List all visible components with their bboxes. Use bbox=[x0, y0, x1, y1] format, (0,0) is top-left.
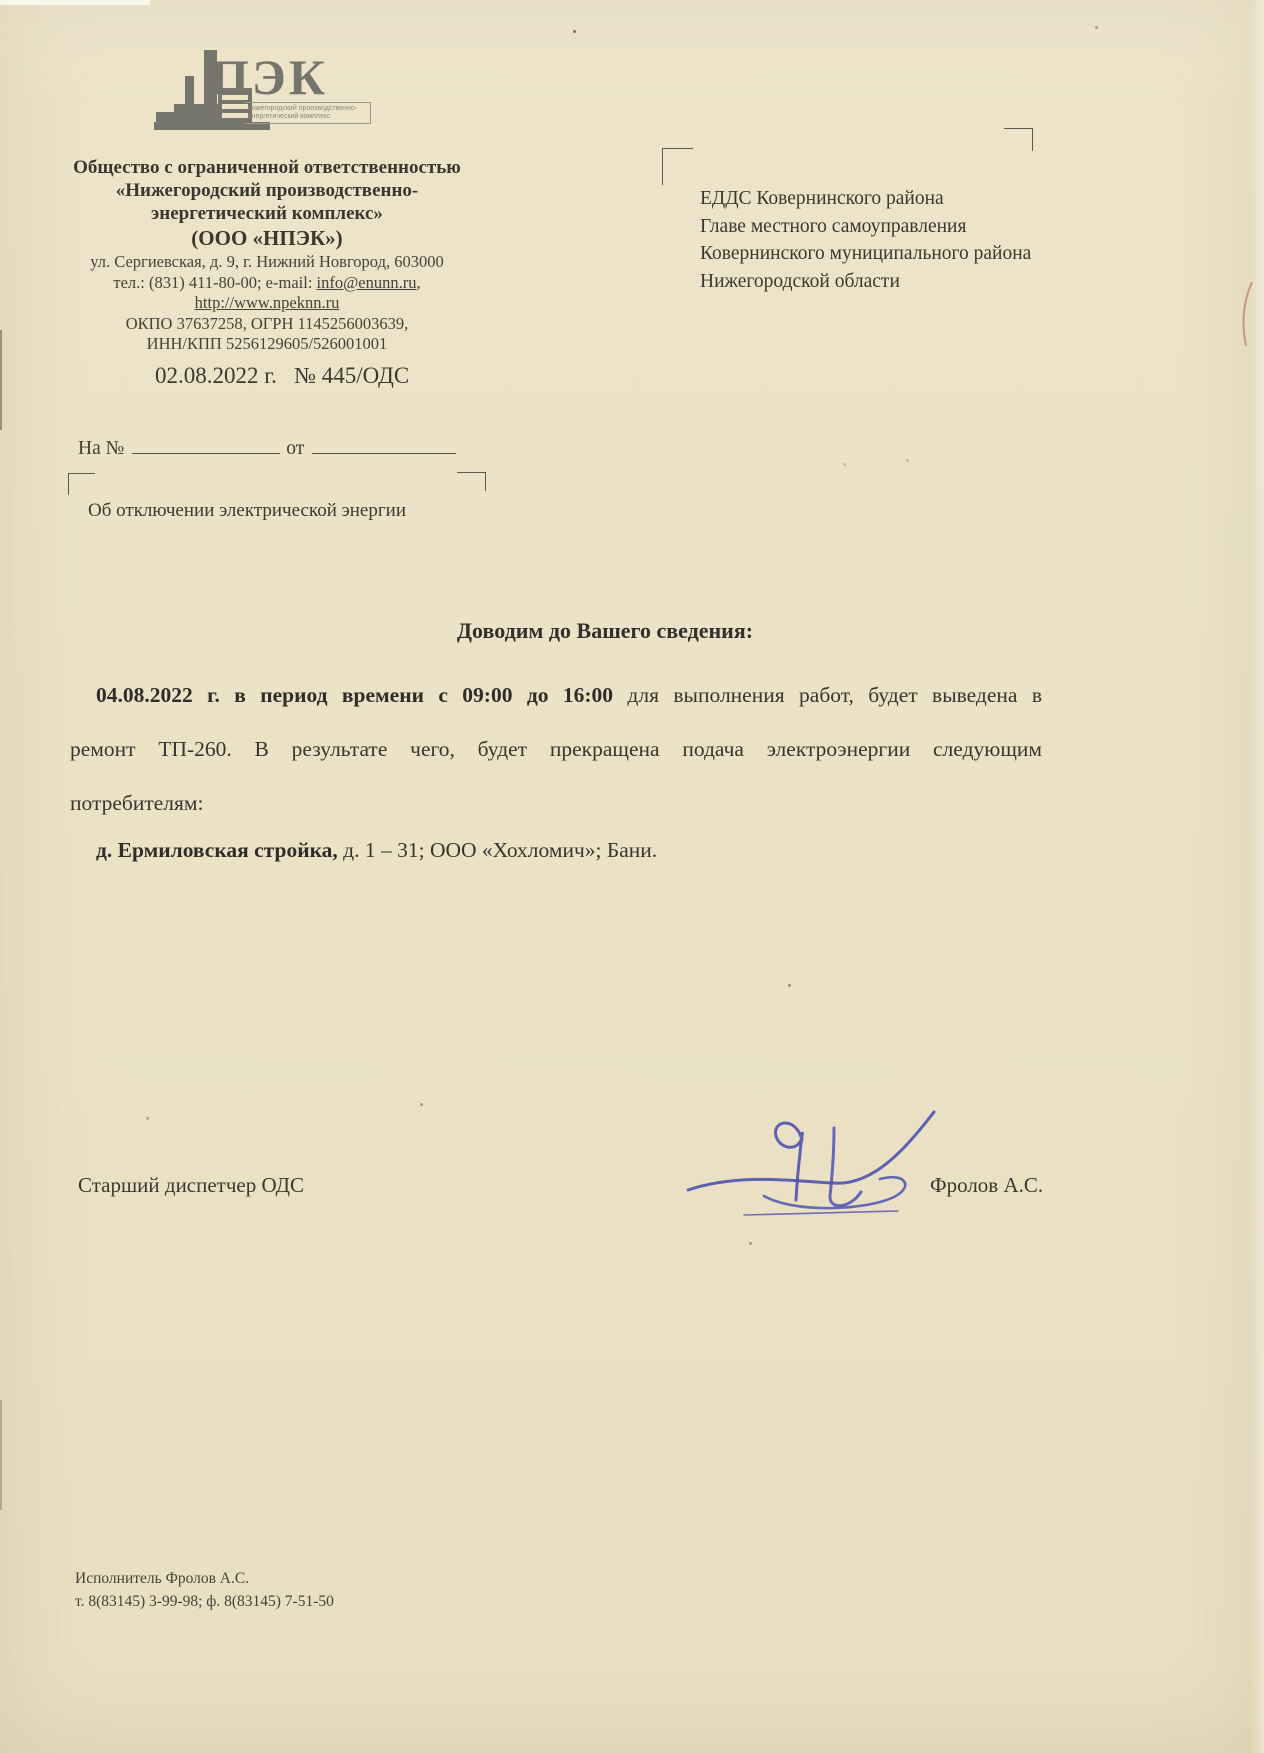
scan-top-sliver bbox=[0, 0, 150, 5]
org-address: ул. Сергиевская, д. 9, г. Нижний Новгоро… bbox=[52, 252, 482, 272]
signer-name: Фролов А.С. bbox=[930, 1173, 1043, 1198]
body-heading: Доводим до Вашего сведения: bbox=[0, 618, 1237, 644]
letterhead-block: ПЭК нижегородский производственно- энерг… bbox=[52, 50, 482, 354]
org-short-name: (ООО «НПЭК») bbox=[52, 226, 482, 251]
corner-mark-addressee-right bbox=[1004, 128, 1033, 151]
executor-phones: т. 8(83145) 3-99-98; ф. 8(83145) 7-51-50 bbox=[75, 1590, 334, 1613]
reply-prefix: На № bbox=[78, 438, 124, 459]
consumers-list: д. 1 – 31; ООО «Хохломич»; Бани. bbox=[338, 838, 657, 862]
paper-specks bbox=[0, 0, 3, 3]
after-email: , bbox=[417, 273, 421, 292]
corner-mark-subject-left bbox=[68, 473, 95, 495]
outgoing-date-number: 02.08.2022 г. № 445/ОДС bbox=[155, 363, 409, 389]
org-name-line3: энергетический комплекс» bbox=[52, 202, 482, 225]
red-pen-mark bbox=[1236, 280, 1258, 348]
executor-name: Исполнитель Фролов А.С. bbox=[75, 1567, 334, 1590]
logo-tagline: нижегородский производственно- энергетич… bbox=[244, 102, 371, 124]
org-inn-kpp: ИНН/КПП 5256129605/526001001 bbox=[52, 334, 482, 354]
consumers-line: д. Ермиловская стройка, д. 1 – 31; ООО «… bbox=[70, 835, 1042, 865]
executor-block: Исполнитель Фролов А.С. т. 8(83145) 3-99… bbox=[75, 1567, 334, 1613]
addressee-line4: Нижегородской области bbox=[700, 268, 1120, 296]
logo-tagline-line1: нижегородский производственно- bbox=[248, 105, 368, 113]
scanned-letter-page: ПЭК нижегородский производственно- энерг… bbox=[0, 0, 1264, 1753]
outage-datetime-text: 04.08.2022 г. в период времени с 09:00 д… bbox=[96, 683, 613, 707]
logo-tagline-line2: энергетический комплекс bbox=[248, 113, 368, 121]
npek-logo: ПЭК нижегородский производственно- энерг… bbox=[152, 50, 382, 142]
email-link-text: info@enunn.ru bbox=[317, 273, 417, 292]
signer-title: Старший диспетчер ОДС bbox=[78, 1173, 304, 1198]
scan-edge-shadow bbox=[0, 1400, 2, 1510]
corner-mark-subject-right bbox=[457, 472, 486, 491]
website-link-text: http://www.npeknn.ru bbox=[195, 293, 340, 312]
body-paragraph: 04.08.2022 г. в период времени с 09:00 д… bbox=[70, 668, 1042, 830]
subject-line: Об отключении электрической энергии bbox=[88, 500, 406, 522]
scan-edge-shadow bbox=[0, 330, 2, 430]
org-phone-email: тел.: (831) 411-80-00; e-mail: info@enun… bbox=[52, 273, 482, 293]
handwritten-signature bbox=[686, 1108, 936, 1218]
addressee-block: ЕДДС Ковернинского района Главе местного… bbox=[700, 185, 1120, 295]
reply-reference-line: На №от bbox=[78, 437, 456, 460]
reply-number-blank bbox=[132, 437, 280, 454]
org-name-line2: «Нижегородский производственно- bbox=[52, 179, 482, 202]
phone-text: тел.: (831) 411-80-00; e-mail: bbox=[113, 273, 316, 292]
addressee-line1: ЕДДС Ковернинского района bbox=[700, 185, 1120, 213]
addressee-line3: Ковернинского муниципального района bbox=[700, 240, 1120, 268]
org-name-line1: Общество с ограниченной ответственностью bbox=[52, 156, 482, 179]
scan-edge-highlight bbox=[1250, 0, 1264, 1753]
addressee-line2: Главе местного самоуправления bbox=[700, 213, 1120, 241]
reply-from-label: от bbox=[286, 438, 304, 459]
logo-acronym: ПЭК bbox=[210, 52, 328, 102]
corner-mark-addressee-left bbox=[662, 148, 693, 185]
reply-date-blank bbox=[312, 437, 456, 454]
consumers-settlement: д. Ермиловская стройка, bbox=[96, 838, 338, 862]
org-okpo-ogrn: ОКПО 37637258, ОГРН 1145256003639, bbox=[52, 314, 482, 334]
